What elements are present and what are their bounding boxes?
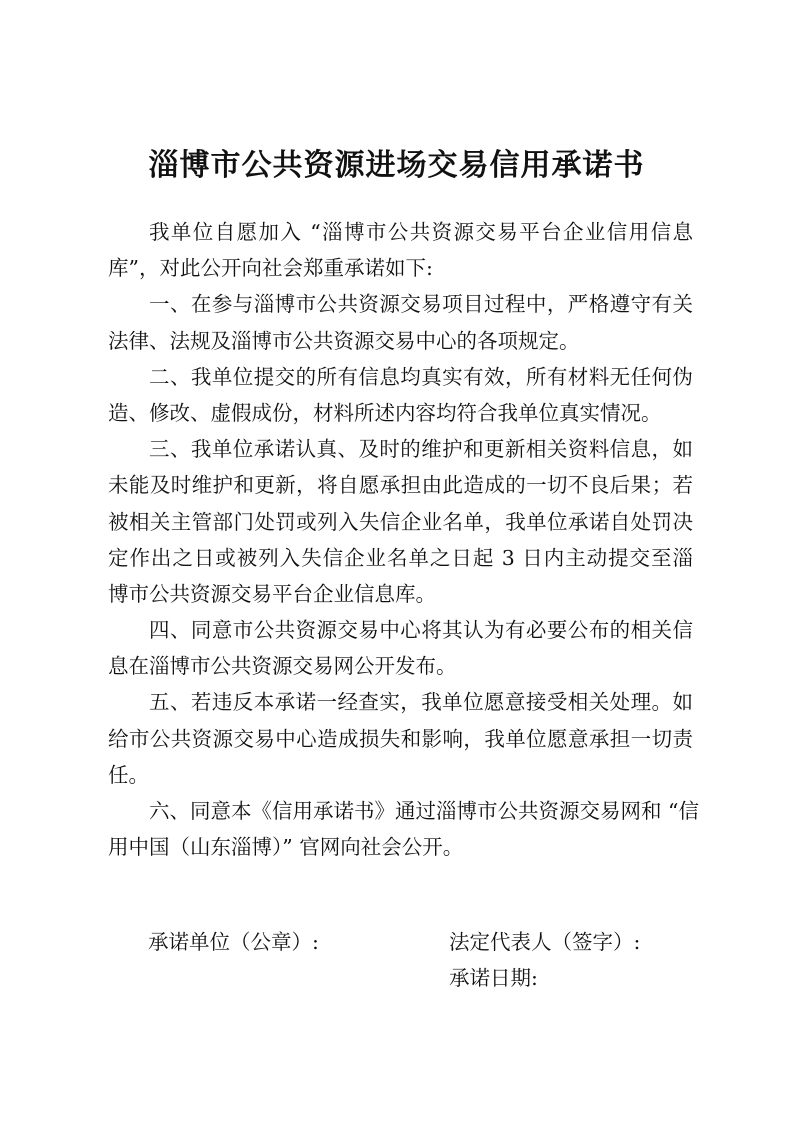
signature-unit-label: 承诺单位（公章）: xyxy=(148,925,319,955)
document-body: 我单位自愿加入 “淄博市公共资源交易平台企业信用信息 库”，对此公开向社会郑重承… xyxy=(108,214,693,865)
body-line: 博市公共资源交易平台企业信息库。 xyxy=(108,576,693,612)
body-line: 法律、法规及淄博市公共资源交易中心的各项规定。 xyxy=(108,323,693,359)
body-line: 五、若违反本承诺一经查实，我单位愿意接受相关处理。如 xyxy=(108,684,693,720)
body-line: 用中国（山东淄博）” 官网向社会公开。 xyxy=(108,829,693,865)
body-line: 库”，对此公开向社会郑重承诺如下: xyxy=(108,250,693,286)
body-line: 被相关主管部门处罚或列入失信企业名单，我单位承诺自处罚决 xyxy=(108,504,693,540)
body-line: 四、同意市公共资源交易中心将其认为有必要公布的相关信 xyxy=(108,612,693,648)
body-line: 息在淄博市公共资源交易网公开发布。 xyxy=(108,648,693,684)
body-line: 造、修改、虚假成份，材料所述内容均符合我单位真实情况。 xyxy=(108,395,693,431)
document-title: 淄博市公共资源进场交易信用承诺书 xyxy=(0,140,793,184)
body-line: 三、我单位承诺认真、及时的维护和更新相关资料信息，如 xyxy=(108,431,693,467)
signature-date-label: 承诺日期: xyxy=(449,961,538,991)
body-line: 未能及时维护和更新，将自愿承担由此造成的一切不良后果；若 xyxy=(108,467,693,503)
signature-representative-label: 法定代表人（签字）: xyxy=(449,925,640,955)
body-line: 我单位自愿加入 “淄博市公共资源交易平台企业信用信息 xyxy=(108,214,693,250)
body-line: 六、同意本《信用承诺书》通过淄博市公共资源交易网和 “信 xyxy=(108,793,693,829)
body-line: 定作出之日或被列入失信企业名单之日起 3 日内主动提交至淄 xyxy=(108,540,693,576)
body-line: 一、在参与淄博市公共资源交易项目过程中，严格遵守有关 xyxy=(108,286,693,322)
body-line: 二、我单位提交的所有信息均真实有效，所有材料无任何伪 xyxy=(108,359,693,395)
body-line: 给市公共资源交易中心造成损失和影响，我单位愿意承担一切责 xyxy=(108,721,693,757)
body-line: 任。 xyxy=(108,757,693,793)
